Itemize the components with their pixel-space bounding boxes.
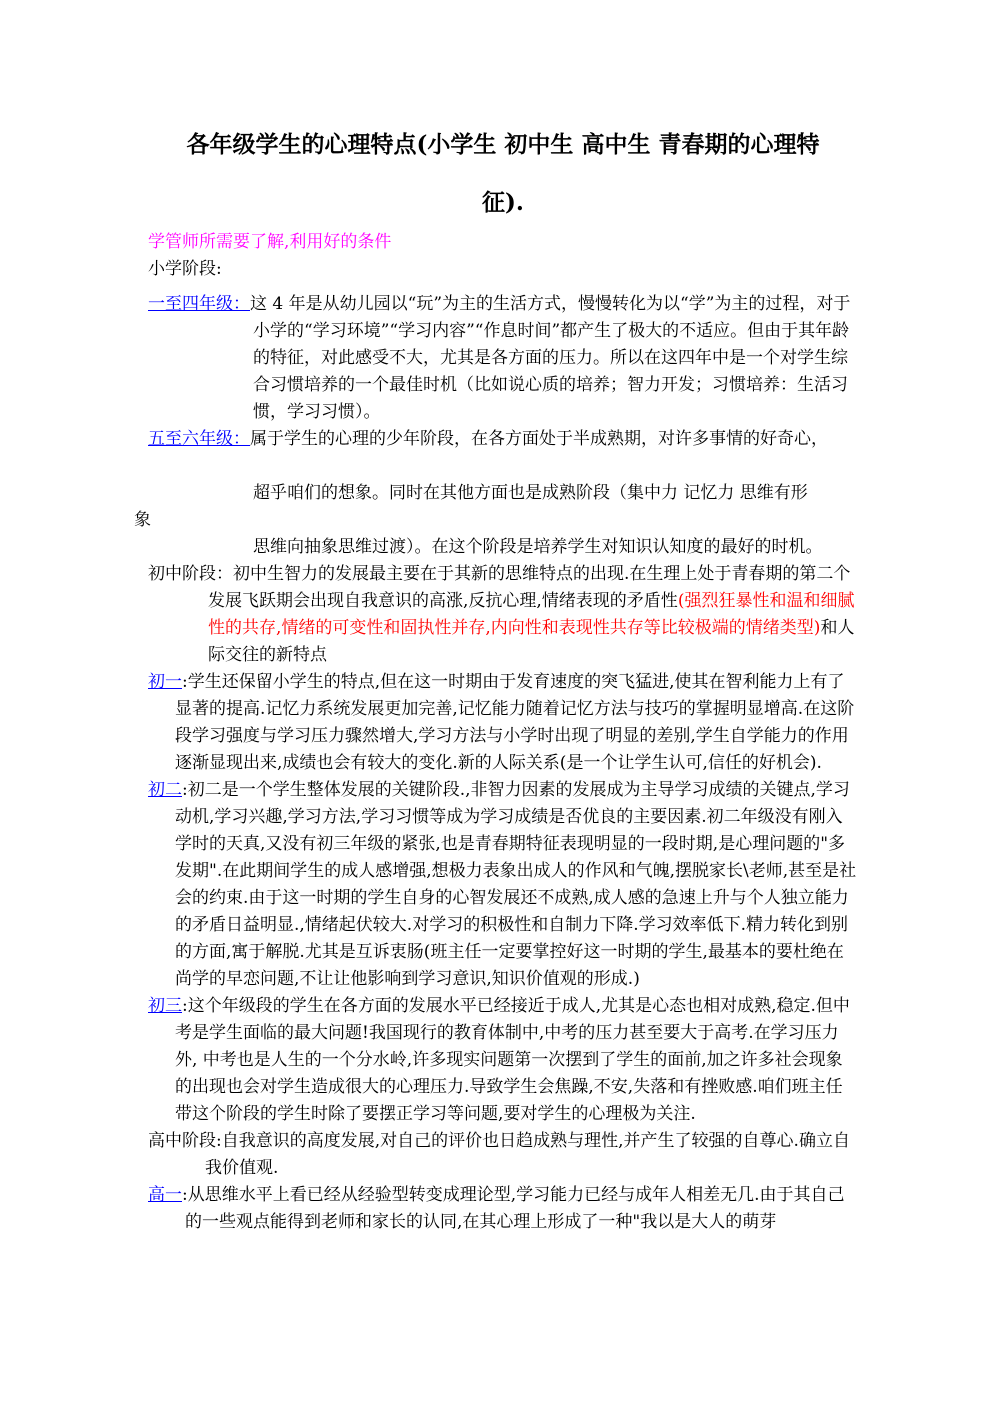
paragraph-junior-1: 初一:学生还保留小学生的特点,但在这一时期由于发育速度的突飞猛进,使其在智利能力…: [148, 669, 858, 777]
junior-3-text: :这个年级段的学生在各方面的发展水平已经接近于成人,尤其是心态也相对成熟,稳定.…: [175, 996, 850, 1124]
magenta-note: 学管师所需要了解,利用好的条件: [148, 229, 858, 256]
paragraph-grade-1-4: 一至四年级：这 4 年是从幼儿园以“玩”为主的生活方式，慢慢转化为以“学”为主的…: [148, 291, 858, 426]
senior-1-label: 高一: [148, 1185, 182, 1205]
grade-5-6-text-line-2: 超乎咱们的想象。同时在其他方面也是成熟阶段（集中力 记忆力 思维有形: [148, 480, 858, 507]
grade-5-6-text-line-4: 思维向抽象思维过渡）。在这个阶段是培养学生对知识认知度的最好的时机。: [148, 534, 858, 561]
paragraph-junior-3: 初三:这个年级段的学生在各方面的发展水平已经接近于成人,尤其是心态也相对成熟,稳…: [148, 993, 858, 1128]
junior-2-label: 初二: [148, 780, 182, 800]
grade-5-6-label: 五至六年级：: [148, 429, 250, 449]
junior-1-text: :学生还保留小学生的特点,但在这一时期由于发育速度的突飞猛进,使其在智利能力上有…: [175, 672, 854, 773]
senior-stage-text: 自我意识的高度发展,对自己的评价也日趋成熟与理性,并产生了较强的自尊心.确立自我…: [205, 1131, 850, 1178]
paragraph-junior-2: 初二:初二是一个学生整体发展的关键阶段.,非智力因素的发展成为主导学习成绩的关键…: [148, 777, 858, 993]
grade-5-6-text-line-3: 象: [134, 507, 858, 534]
junior-3-label: 初三: [148, 996, 182, 1016]
paragraph-senior-stage: 高中阶段:自我意识的高度发展,对自己的评价也日趋成熟与理性,并产生了较强的自尊心…: [148, 1128, 858, 1182]
document-title-line-1: 各年级学生的心理特点(小学生 初中生 高中生 青春期的心理特: [148, 130, 858, 159]
junior-stage-label: 初中阶段：: [148, 564, 233, 584]
senior-1-text: :从思维水平上看已经从经验型转变成理论型,学习能力已经与成年人相差无几.由于其自…: [182, 1185, 845, 1232]
paragraph-senior-1: 高一:从思维水平上看已经从经验型转变成理论型,学习能力已经与成年人相差无几.由于…: [148, 1182, 858, 1236]
paragraph-grade-5-6: 五至六年级：属于学生的心理的少年阶段，在各方面处于半成熟期，对许多事情的好奇心，: [148, 426, 858, 453]
spacer: [148, 283, 858, 291]
junior-2-text: :初二是一个学生整体发展的关键阶段.,非智力因素的发展成为主导学习成绩的关键点,…: [175, 780, 856, 989]
document-page: 各年级学生的心理特点(小学生 初中生 高中生 青春期的心理特 征). 学管师所需…: [0, 0, 993, 1404]
document-body: 各年级学生的心理特点(小学生 初中生 高中生 青春期的心理特 征). 学管师所需…: [148, 0, 858, 1236]
senior-stage-label: 高中阶段:: [148, 1131, 222, 1151]
junior-1-label: 初一: [148, 672, 182, 692]
document-title-line-2: 征).: [148, 188, 858, 217]
primary-stage-heading: 小学阶段:: [148, 256, 858, 283]
empty-line: [148, 453, 858, 480]
grade-1-4-text: 这 4 年是从幼儿园以“玩”为主的生活方式，慢慢转化为以“学”为主的过程，对于小…: [250, 294, 850, 422]
grade-1-4-label: 一至四年级：: [148, 294, 250, 314]
grade-5-6-text-line-1: 属于学生的心理的少年阶段，在各方面处于半成熟期，对许多事情的好奇心，: [250, 429, 828, 449]
paragraph-junior-stage: 初中阶段：初中生智力的发展最主要在于其新的思维特点的出现.在生理上处于青春期的第…: [148, 561, 858, 669]
